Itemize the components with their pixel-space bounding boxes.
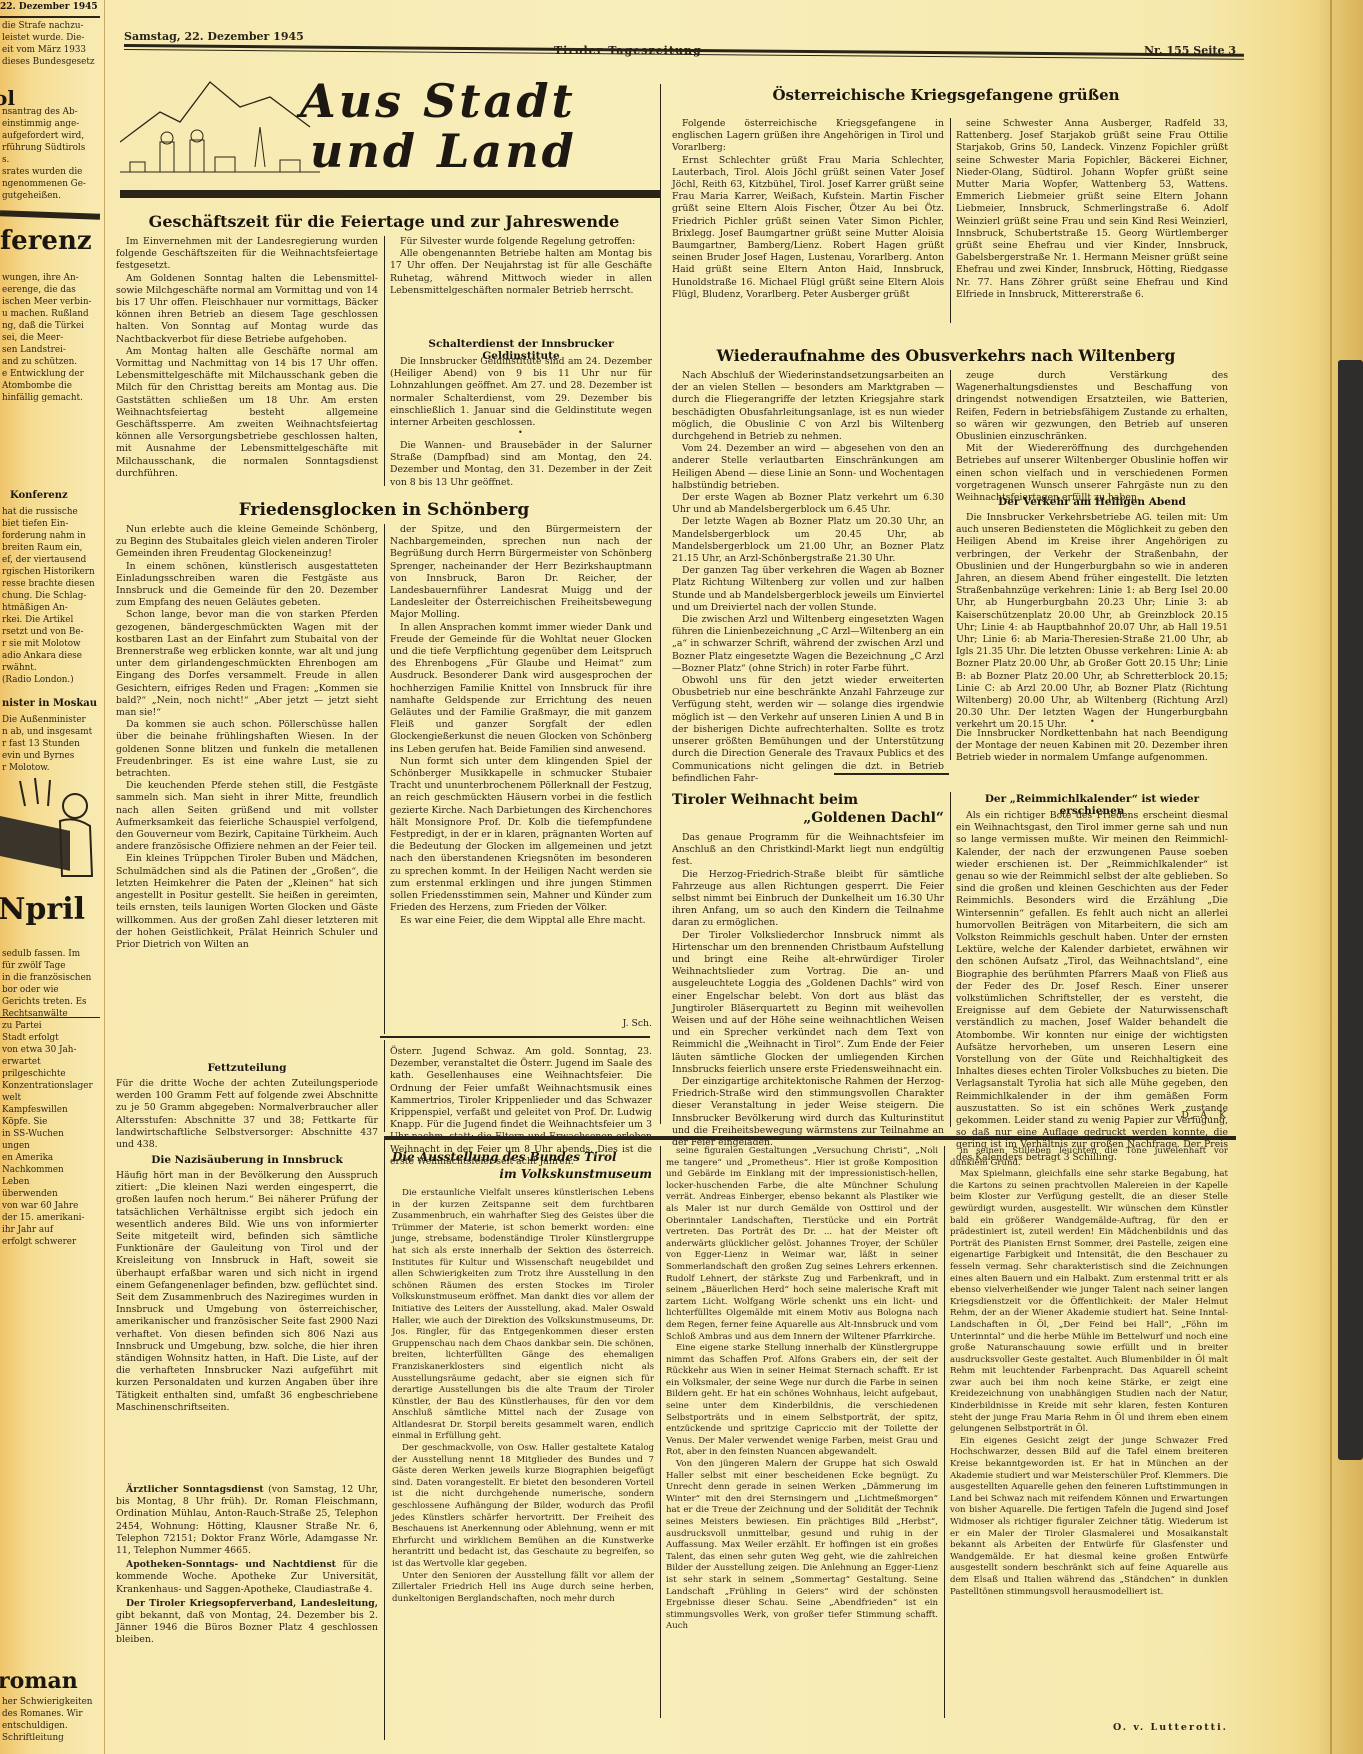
text-line: von war 60 Jahre bbox=[2, 1200, 100, 1212]
article-friedensglocken-col2: der Spitze, und den Bürgermeistern der N… bbox=[390, 524, 652, 927]
paragraph: Die Wannen- und Brausebäder in der Salur… bbox=[390, 440, 652, 489]
text-line: ihr Jahr auf bbox=[2, 1224, 100, 1236]
separator-dot: • bbox=[1090, 717, 1095, 726]
newspaper-page: 22. Dezember 1945 die Strafe nachzu-leis… bbox=[0, 0, 1363, 1754]
article-geschaeftszeit-col1: Im Einvernehmen mit der Landesregierung … bbox=[116, 236, 378, 480]
text-line: chung. Die Schlag- bbox=[2, 590, 100, 602]
paragraph: seine Schwester Anna Ausberger, Radfeld … bbox=[956, 118, 1228, 301]
text-line: rwähnt. bbox=[2, 662, 100, 674]
text-line: dieses Bundesgesetz bbox=[2, 56, 100, 68]
paragraph: Nun erlebte auch die kleine Gemeinde Sch… bbox=[116, 524, 378, 561]
text-line: der 15. amerikani- bbox=[2, 1212, 100, 1224]
paragraph: Alle obengenannten Betriebe halten am Mo… bbox=[390, 248, 652, 297]
text-line: r sie mit Molotow bbox=[2, 638, 100, 650]
article-schalterdienst-text: Die Innsbrucker Geldinstitute sind am 24… bbox=[390, 356, 652, 429]
paragraph: Der geschmackvolle, von Osw. Haller gest… bbox=[392, 1443, 654, 1571]
notice-lead: Ärztlicher Sonntagsdienst bbox=[126, 1484, 264, 1495]
text-line: breiten Raum ein, bbox=[2, 542, 100, 554]
text-line: Die Außenminister bbox=[2, 714, 100, 726]
text-line: in die französischen bbox=[2, 972, 100, 984]
text-line: in SS-Wuchen bbox=[2, 1128, 100, 1140]
text-line: nsantrag des Ab- bbox=[2, 106, 100, 118]
text-line: e Entwicklung der bbox=[2, 368, 100, 380]
text-line: r fast 13 Stunden bbox=[2, 738, 100, 750]
paragraph: In allen Ansprachen kommt immer wieder D… bbox=[390, 622, 652, 756]
article-title-obus: Wiederaufnahme des Obusverkehrs nach Wil… bbox=[666, 346, 1226, 365]
text-line: adio Ankara diese bbox=[2, 650, 100, 662]
paragraph: Max Spielmann, gleichfalls eine sehr sta… bbox=[950, 1169, 1228, 1436]
text-line: ng, daß die Türkei bbox=[2, 320, 100, 332]
text-line: Konzentrationslager bbox=[2, 1080, 100, 1092]
strip-thick-rule bbox=[0, 210, 100, 219]
article-title-nazisaeuberung: Die Nazisäuberung in Innsbruck bbox=[116, 1154, 378, 1166]
text-line: biet tiefen Ein- bbox=[2, 518, 100, 530]
paragraph: zeuge durch Verstärkung des Wagenerhaltu… bbox=[956, 370, 1228, 443]
text-line: hinfällig gemacht. bbox=[2, 392, 100, 404]
paragraph: Ein kleines Trüppchen Tiroler Buben und … bbox=[116, 853, 378, 951]
text-line: prilgeschichte bbox=[2, 1068, 100, 1080]
text-line: zu Partei bbox=[2, 1020, 100, 1032]
text-line: sedulb fassen. Im bbox=[2, 948, 100, 960]
text-line: von etwa 30 Jah- bbox=[2, 1044, 100, 1056]
strip-date: 22. Dezember 1945 bbox=[0, 2, 98, 12]
page-gutter bbox=[104, 0, 105, 1754]
strip-conference-text: wungen, ihre An-eerenge, die dasischen M… bbox=[2, 272, 100, 404]
paragraph: Der erste Wagen ab Bozner Platz verkehrt… bbox=[672, 492, 944, 516]
text-line: die Strafe nachzu- bbox=[2, 20, 100, 32]
paragraph: Vom 24. Dezember an wird — abgesehen von… bbox=[672, 443, 944, 492]
paragraph: Nach Abschluß der Wiederinstandsetzungsa… bbox=[672, 370, 944, 443]
paragraph: Im Einvernehmen mit der Landesregierung … bbox=[116, 236, 378, 273]
text-line: forderung nahm in bbox=[2, 530, 100, 542]
paragraph: Folgende österreichische Kriegsgefangene… bbox=[672, 118, 944, 155]
text-line: des Romanes. Wir bbox=[2, 1708, 100, 1720]
masthead-date: Samstag, 22. Dezember 1945 bbox=[124, 30, 304, 43]
paragraph: Die Innsbrucker Geldinstitute sind am 24… bbox=[390, 356, 652, 429]
paragraph: Schon lange, bevor man die von starken P… bbox=[116, 609, 378, 719]
text-line: Nachkommen bbox=[2, 1164, 100, 1176]
text-line: ungen bbox=[2, 1140, 100, 1152]
strip-heading-april: Npril bbox=[0, 892, 85, 927]
strip-mid-text: nsantrag des Ab-einstimmig ange-aufgefor… bbox=[2, 106, 100, 202]
text-line: (Radio London.) bbox=[2, 674, 100, 686]
text-line: u machen. Rußland bbox=[2, 308, 100, 320]
article-nazisaeuberung-text: Häufig hört man in der Bevölkerung den A… bbox=[116, 1170, 378, 1414]
signature-friedensglocken: J. Sch. bbox=[560, 1018, 652, 1030]
signature-reimmichl: D. A. K bbox=[1150, 1110, 1228, 1122]
section-banner: Aus Stadt und Land bbox=[120, 72, 660, 200]
text-line: n ab, und insgesamt bbox=[2, 726, 100, 738]
notice-lead: Der Tiroler Kriegsopferverband, Landesle… bbox=[126, 1598, 378, 1609]
text-line: erfolgt schwerer bbox=[2, 1236, 100, 1248]
text-line: eit vom März 1933 bbox=[2, 44, 100, 56]
article-ausstellung-col1: Die erstaunliche Vielfalt unseres künstl… bbox=[392, 1188, 654, 1605]
paragraph: Eine eigene starke Stellung innerhalb de… bbox=[666, 1343, 938, 1459]
text-line: entschuldigen. bbox=[2, 1720, 100, 1732]
text-line: Kampfeswillen bbox=[2, 1104, 100, 1116]
paragraph: Der Tiroler Volksliederchor Innsbruck ni… bbox=[672, 930, 944, 1076]
notice-item: Ärztlicher Sonntagsdienst (von Samstag, … bbox=[116, 1484, 378, 1557]
paragraph: seine figuralen Gestaltungen „Versuchung… bbox=[666, 1146, 938, 1343]
article-baeder-text: Die Wannen- und Brausebäder in der Salur… bbox=[390, 440, 652, 489]
paragraph: Die erstaunliche Vielfalt unseres künstl… bbox=[392, 1188, 654, 1443]
separator-dot: • bbox=[518, 428, 523, 437]
text-line: and zu schützen. bbox=[2, 356, 100, 368]
article-obus-col2: zeuge durch Verstärkung des Wagenerhaltu… bbox=[956, 370, 1228, 504]
strip-top-text: die Strafe nachzu-leistet wurde. Die-eit… bbox=[2, 20, 100, 68]
article-ausstellung-col3: in seinen Stilleben leuchten die Töne ju… bbox=[950, 1146, 1228, 1598]
text-line: s. bbox=[2, 154, 100, 166]
strip-roman-text: her Schwierigkeitendes Romanes. Wirentsc… bbox=[2, 1696, 100, 1744]
signature-ausstellung: O. v. Lutterotti. bbox=[1040, 1722, 1228, 1733]
text-line: her Schwierigkeiten bbox=[2, 1696, 100, 1708]
paragraph: Der letzte Wagen ab Bozner Platz um 20.3… bbox=[672, 516, 944, 565]
subtitle-heiliger-abend: Der Verkehr am Heiligen Abend bbox=[956, 496, 1228, 508]
text-line: Schriftleitung bbox=[2, 1732, 100, 1744]
paragraph: in seinen Stilleben leuchten die Töne ju… bbox=[950, 1146, 1228, 1169]
text-line: rführung Südtirols bbox=[2, 142, 100, 154]
text-line: rkei. Die Artikel bbox=[2, 614, 100, 626]
article-kriegsgefangene-col2: seine Schwester Anna Ausberger, Radfeld … bbox=[956, 118, 1228, 301]
text-line: rsetzt und von Be- bbox=[2, 626, 100, 638]
paragraph: Ernst Schlechter grüßt Frau Maria Schlec… bbox=[672, 155, 944, 301]
article-heiliger-abend-text: Die Innsbrucker Verkehrsbetriebe AG. tei… bbox=[956, 512, 1228, 732]
cartoon-illustration-icon bbox=[0, 776, 100, 886]
text-line: welt bbox=[2, 1092, 100, 1104]
article-title-ausstellung-2: im Volkskunstmuseum bbox=[392, 1167, 652, 1181]
strip-subheading-konferenz: Konferenz bbox=[10, 490, 68, 501]
text-line: einstimmig ange- bbox=[2, 118, 100, 130]
text-line: für zwölf Tage bbox=[2, 960, 100, 972]
article-nordkette-text: Die Innsbrucker Nordkettenbahn hat nach … bbox=[956, 728, 1228, 765]
paragraph: Es war eine Feier, die dem Wipptal alle … bbox=[390, 915, 652, 927]
strip-april-text: sedulb fassen. Imfür zwölf Tagein die fr… bbox=[2, 948, 100, 1248]
notice-item: Apotheken-Sonntags- und Nachtdienst für … bbox=[116, 1559, 378, 1596]
text-line: Gerichts treten. Es bbox=[2, 996, 100, 1008]
text-line: gutgeheißen. bbox=[2, 190, 100, 202]
column-divider bbox=[660, 84, 661, 1124]
text-line: r Molotow. bbox=[2, 762, 100, 774]
paragraph: Nun formt sich unter dem klingenden Spie… bbox=[390, 756, 652, 915]
text-line: eerenge, die das bbox=[2, 284, 100, 296]
text-line: rgischen Historikern bbox=[2, 566, 100, 578]
paragraph: Von den jüngeren Malern der Gruppe hat s… bbox=[666, 1459, 938, 1633]
binding-edge bbox=[1330, 0, 1332, 1754]
text-line: ef, der viertausend bbox=[2, 554, 100, 566]
strip-heading-roman: roman bbox=[0, 1668, 78, 1694]
strip-heading-konferenz: ferenz bbox=[0, 226, 92, 256]
text-line: htmäßigen An- bbox=[2, 602, 100, 614]
text-line: Rechtsanwälte bbox=[2, 1008, 100, 1020]
paragraph: Die zwischen Arzl und Wiltenberg eingese… bbox=[672, 614, 944, 675]
article-kriegsgefangene-col1: Folgende österreichische Kriegsgefangene… bbox=[672, 118, 944, 301]
text-line: aufgefordert wird, bbox=[2, 130, 100, 142]
article-dachl-text: Das genaue Programm für die Weihnachtsfe… bbox=[672, 832, 944, 1149]
text-line: ischen Meer verbin- bbox=[2, 296, 100, 308]
strip-subheading-moskau: nister in Moskau bbox=[2, 698, 97, 709]
text-line: bor oder wie bbox=[2, 984, 100, 996]
paragraph: Die Herzog-Friedrich-Straße bleibt für s… bbox=[672, 869, 944, 930]
text-line: Köpfe. Sie bbox=[2, 1116, 100, 1128]
text-line: resse brachte diesen bbox=[2, 578, 100, 590]
text-line: srates wurden die bbox=[2, 166, 100, 178]
text-line: sei, die Meer- bbox=[2, 332, 100, 344]
text-line: wungen, ihre An- bbox=[2, 272, 100, 284]
text-line: evin und Byrnes bbox=[2, 750, 100, 762]
article-title-geschaeftszeit: Geschäftszeit für die Feiertage und zur … bbox=[114, 212, 654, 231]
text-line: en Amerika bbox=[2, 1152, 100, 1164]
banner-title: Aus Stadt und Land bbox=[300, 76, 577, 176]
text-line: hat die russische bbox=[2, 506, 100, 518]
paragraph: Am Goldenen Sonntag halten die Lebensmit… bbox=[116, 273, 378, 346]
paragraph: Für Silvester wurde folgende Regelung ge… bbox=[390, 236, 652, 248]
section-heavy-rule bbox=[384, 1136, 1236, 1140]
article-ausstellung-col2: seine figuralen Gestaltungen „Versuchung… bbox=[666, 1146, 938, 1633]
text-line: Leben bbox=[2, 1176, 100, 1188]
article-title-friedensglocken: Friedensglocken in Schönberg bbox=[114, 500, 654, 520]
article-geschaeftszeit-col2: Für Silvester wurde folgende Regelung ge… bbox=[390, 236, 652, 297]
paragraph: Da kommen sie auch schon. Pöllerschüsse … bbox=[116, 719, 378, 780]
text-line: erwartet bbox=[2, 1056, 100, 1068]
banner-rule bbox=[120, 190, 660, 198]
paragraph: Das genaue Programm für die Weihnachtsfe… bbox=[672, 832, 944, 869]
paragraph: Unter den Senioren der Ausstellung fällt… bbox=[392, 1571, 654, 1606]
paragraph: Am Montag halten alle Geschäfte normal a… bbox=[116, 346, 378, 480]
article-obus-col1: Nach Abschluß der Wiederinstandsetzungsa… bbox=[672, 370, 944, 785]
article-title-ausstellung-1: Die Ausstellung des Bundes Tirol bbox=[392, 1150, 652, 1164]
strip-rule bbox=[0, 16, 100, 18]
strip-konferenz-text: hat die russischebiet tiefen Ein-forderu… bbox=[2, 506, 100, 686]
paragraph: Ein eigenes Gesicht zeigt der junge Schw… bbox=[950, 1436, 1228, 1598]
article-title-dachl-1: Tiroler Weihnacht beim bbox=[672, 792, 944, 808]
paragraph: Der ganzen Tag über verkehren die Wagen … bbox=[672, 565, 944, 614]
notices-list: Ärztlicher Sonntagsdienst (von Samstag, … bbox=[116, 1484, 378, 1649]
binder-strap bbox=[1338, 360, 1363, 1460]
previous-page-strip: 22. Dezember 1945 die Strafe nachzu-leis… bbox=[0, 0, 103, 1754]
strip-moskau-text: Die Außenministern ab, und insgesamtr fa… bbox=[2, 714, 100, 774]
paragraph: Die keuchenden Pferde stehen still, die … bbox=[116, 780, 378, 853]
paragraph: Obwohl uns für den jetzt wieder erweiter… bbox=[672, 675, 944, 785]
text-line: Atombombe die bbox=[2, 380, 100, 392]
paragraph: Die Innsbrucker Verkehrsbetriebe AG. tei… bbox=[956, 512, 1228, 732]
article-title-fettzuteilung: Fettzuteilung bbox=[116, 1062, 378, 1074]
text-line: überwenden bbox=[2, 1188, 100, 1200]
text-line: ngenommenen Ge- bbox=[2, 178, 100, 190]
paragraph: In einem schönen, künstlerisch ausgestat… bbox=[116, 561, 378, 610]
paragraph: der Spitze, und den Bürgermeistern der N… bbox=[390, 524, 652, 622]
article-title-kriegsgefangene: Österreichische Kriegsgefangene grüßen bbox=[666, 86, 1226, 104]
article-fettzuteilung-text: Für die dritte Woche der achten Zuteilun… bbox=[116, 1078, 378, 1151]
article-title-dachl-2: „Goldenen Dachl“ bbox=[672, 810, 944, 826]
text-line: Stadt erfolgt bbox=[2, 1032, 100, 1044]
article-friedensglocken-col1: Nun erlebte auch die kleine Gemeinde Sch… bbox=[116, 524, 378, 951]
notice-item: Der Tiroler Kriegsopferverband, Landesle… bbox=[116, 1598, 378, 1647]
city-skyline-illustration bbox=[120, 72, 320, 187]
text-line: sen Landstrei- bbox=[2, 344, 100, 356]
notice-lead: Apotheken-Sonntags- und Nachtdienst bbox=[126, 1559, 336, 1570]
text-line: leistet wurde. Die- bbox=[2, 32, 100, 44]
